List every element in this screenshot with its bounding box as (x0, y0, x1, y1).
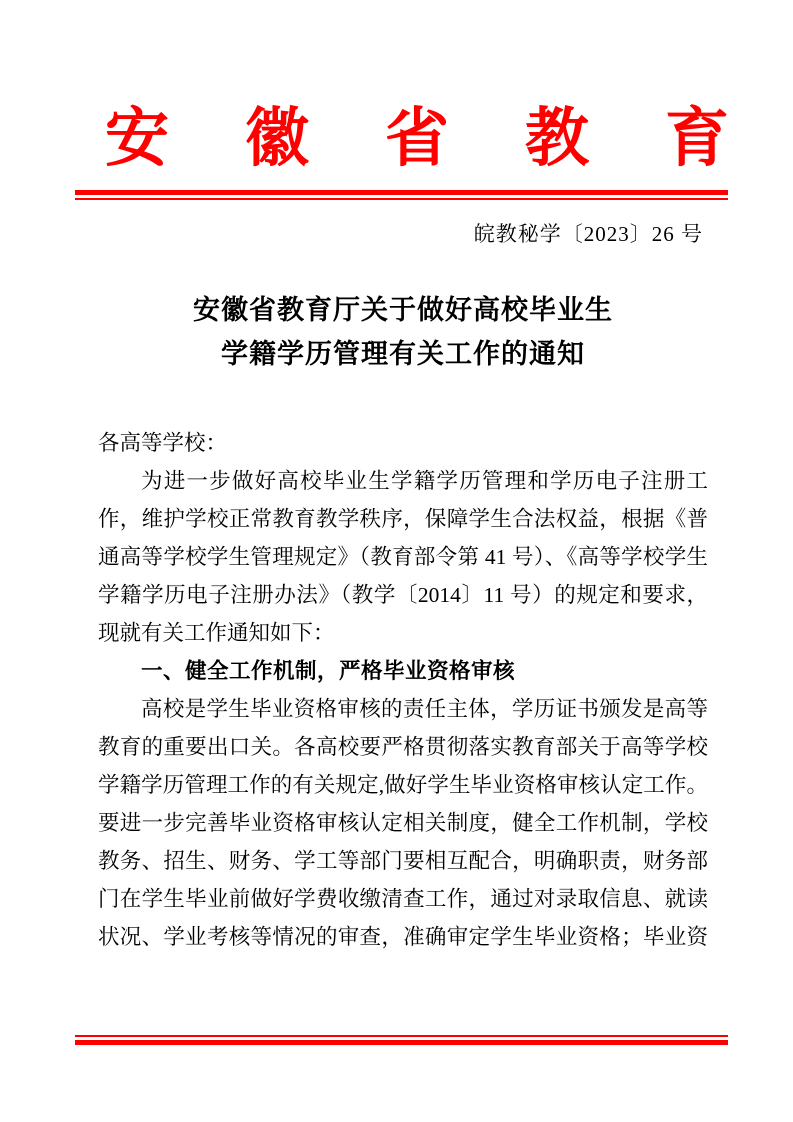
divider-thin-line (75, 198, 728, 200)
body-line: 学籍学历电子注册办法》（教学〔2014〕11 号）的规定和要求， (98, 576, 708, 614)
agency-name: 安 徽 省 教 育 厅 (75, 103, 728, 175)
footer-divider (75, 1035, 728, 1045)
document-title: 安徽省教育厅关于做好高校毕业生 学籍学历管理有关工作的通知 (98, 288, 708, 376)
body-line: 学籍学历管理工作的有关规定,做好学生毕业资格审核认定工作。 (98, 766, 708, 804)
body-line: 门在学生毕业前做好学费收缴清查工作，通过对录取信息、就读 (98, 880, 708, 918)
body-line: 要进一步完善毕业资格审核认定相关制度，健全工作机制，学校 (98, 804, 708, 842)
body-line: 现就有关工作通知如下： (98, 614, 708, 652)
document-number: 皖教秘学〔2023〕26 号 (474, 222, 703, 246)
body-line: 教育的重要出口关。各高校要严格贯彻落实教育部关于高等学校 (98, 728, 708, 766)
body-line: 高校是学生毕业资格审核的责任主体，学历证书颁发是高等 (98, 690, 708, 728)
section-heading: 一、健全工作机制，严格毕业资格审核 (98, 652, 708, 690)
body-line: 为进一步做好高校毕业生学籍学历管理和学历电子注册工 (98, 462, 708, 500)
body-line: 作，维护学校正常教育教学秩序，保障学生合法权益，根据《普 (98, 500, 708, 538)
divider-thin-line (75, 1035, 728, 1037)
document-page: 安 徽 省 教 育 厅 皖教秘学〔2023〕26 号 安徽省教育厅关于做好高校毕… (0, 0, 793, 1122)
title-line-2: 学籍学历管理有关工作的通知 (98, 332, 708, 376)
divider-thick-line (75, 1040, 728, 1045)
salutation: 各高等学校： (98, 424, 708, 462)
divider-thick-line (75, 190, 728, 195)
body-line: 通高等学校学生管理规定》（教育部令第 41 号）、《高等学校学生 (98, 538, 708, 576)
body-line: 状况、学业考核等情况的审查，准确审定学生毕业资格；毕业资 (98, 918, 708, 956)
body-line: 教务、招生、财务、学工等部门要相互配合，明确职责，财务部 (98, 842, 708, 880)
title-line-1: 安徽省教育厅关于做好高校毕业生 (98, 288, 708, 332)
document-body: 各高等学校： 为进一步做好高校毕业生学籍学历管理和学历电子注册工 作，维护学校正… (98, 424, 708, 956)
header-divider (75, 190, 728, 200)
